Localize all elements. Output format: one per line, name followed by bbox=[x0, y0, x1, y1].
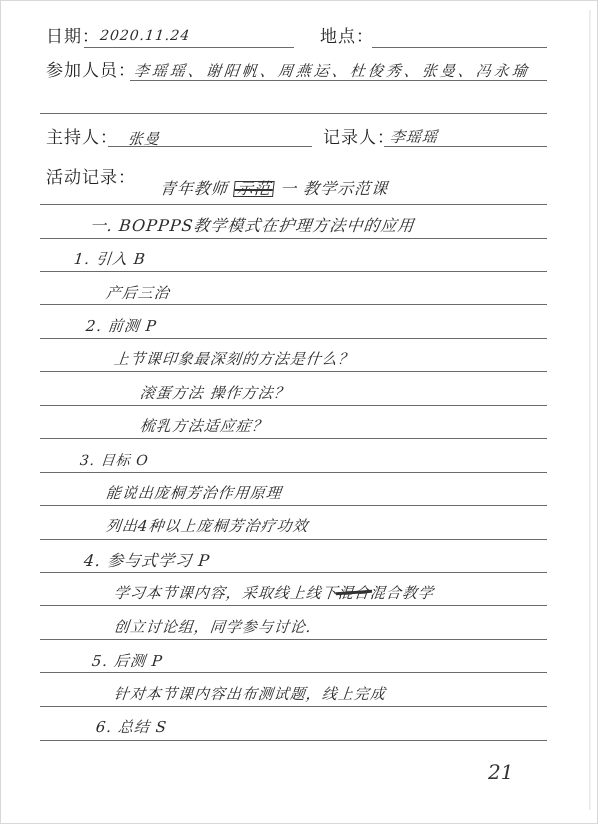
title-prefix: 青年教师 bbox=[159, 179, 229, 198]
item-2-detail-1: 上节课印象最深刻的方法是什么？ bbox=[113, 348, 355, 369]
ruled-line bbox=[40, 438, 547, 439]
participants-label: 参加人员： bbox=[46, 56, 136, 81]
record-title: 青年教师 示范 一 教学示范课 bbox=[159, 176, 390, 199]
location-line bbox=[372, 47, 547, 48]
ruled-line bbox=[40, 572, 547, 573]
location-label: 地点： bbox=[320, 22, 374, 47]
item-1-intro: 1. 引入 B bbox=[73, 248, 147, 269]
item-3-objective: 3. 目标 O bbox=[79, 450, 150, 470]
item-1-detail: 产后三治 bbox=[105, 282, 171, 303]
ruled-line bbox=[40, 405, 547, 406]
ruled-line bbox=[40, 304, 547, 305]
host-value: 张曼 bbox=[127, 128, 161, 149]
host-label: 主持人： bbox=[46, 123, 118, 148]
record-heading: 一. BOPPPS教学模式在护理方法中的应用 bbox=[89, 213, 416, 236]
item-4-detail-1-text: 学习本节课内容，采取线上线下 bbox=[113, 584, 339, 602]
recorder-value: 李瑶瑶 bbox=[389, 126, 439, 147]
date-line bbox=[84, 47, 294, 48]
date-value: 2020.11.24 bbox=[99, 28, 191, 44]
ruled-line bbox=[40, 271, 547, 272]
recorder-label: 记录人： bbox=[323, 123, 395, 148]
item-2-pretest: 2. 前测 P bbox=[85, 315, 158, 336]
struck-word: 混合 bbox=[337, 582, 371, 603]
date-label: 日期： bbox=[46, 22, 100, 47]
page-number: 21 bbox=[488, 760, 513, 784]
page-edge bbox=[589, 10, 591, 810]
ruled-line bbox=[40, 371, 547, 372]
item-3-detail-2: 列出4种以上庞桐芳治疗功效 bbox=[105, 515, 310, 536]
ruled-line bbox=[40, 672, 547, 673]
item-2-detail-2: 滚蛋方法 操作方法？ bbox=[139, 382, 291, 403]
ruled-line bbox=[40, 204, 547, 205]
item-4-detail-2: 创立讨论组，同学参与讨论. bbox=[113, 616, 313, 637]
item-6-summary: 6. 总结 S bbox=[95, 716, 168, 737]
item-5-posttest: 5. 后测 P bbox=[91, 650, 164, 671]
blank-line bbox=[40, 113, 547, 114]
ruled-line bbox=[40, 740, 547, 741]
activity-label: 活动记录： bbox=[46, 163, 136, 188]
ruled-line bbox=[40, 238, 547, 239]
item-3-detail-1: 能说出庞桐芳治作用原理 bbox=[105, 482, 283, 503]
ruled-line bbox=[40, 472, 547, 473]
participants-value: 李瑶瑶、谢阳帆、周燕运、杜俊秀、张曼、冯永瑜 bbox=[133, 60, 531, 81]
ruled-line bbox=[40, 706, 547, 707]
ruled-line bbox=[40, 539, 547, 540]
ruled-line bbox=[40, 505, 547, 506]
title-suffix: 一 教学示范课 bbox=[279, 179, 389, 198]
ruled-line bbox=[40, 605, 547, 606]
ruled-line bbox=[40, 338, 547, 339]
item-5-detail: 针对本节课内容出布测试题，线上完成 bbox=[113, 683, 387, 704]
ruled-line bbox=[40, 639, 547, 640]
item-4-detail-1-end: 混合教学 bbox=[369, 584, 435, 602]
title-struck: 示范 bbox=[233, 181, 275, 197]
item-4-detail-1: 学习本节课内容，采取线上线下混合混合教学 bbox=[113, 582, 435, 603]
item-2-detail-3: 梳乳方法适应症？ bbox=[139, 415, 269, 436]
item-4-participatory: 4. 参与式学习 P bbox=[83, 548, 212, 571]
